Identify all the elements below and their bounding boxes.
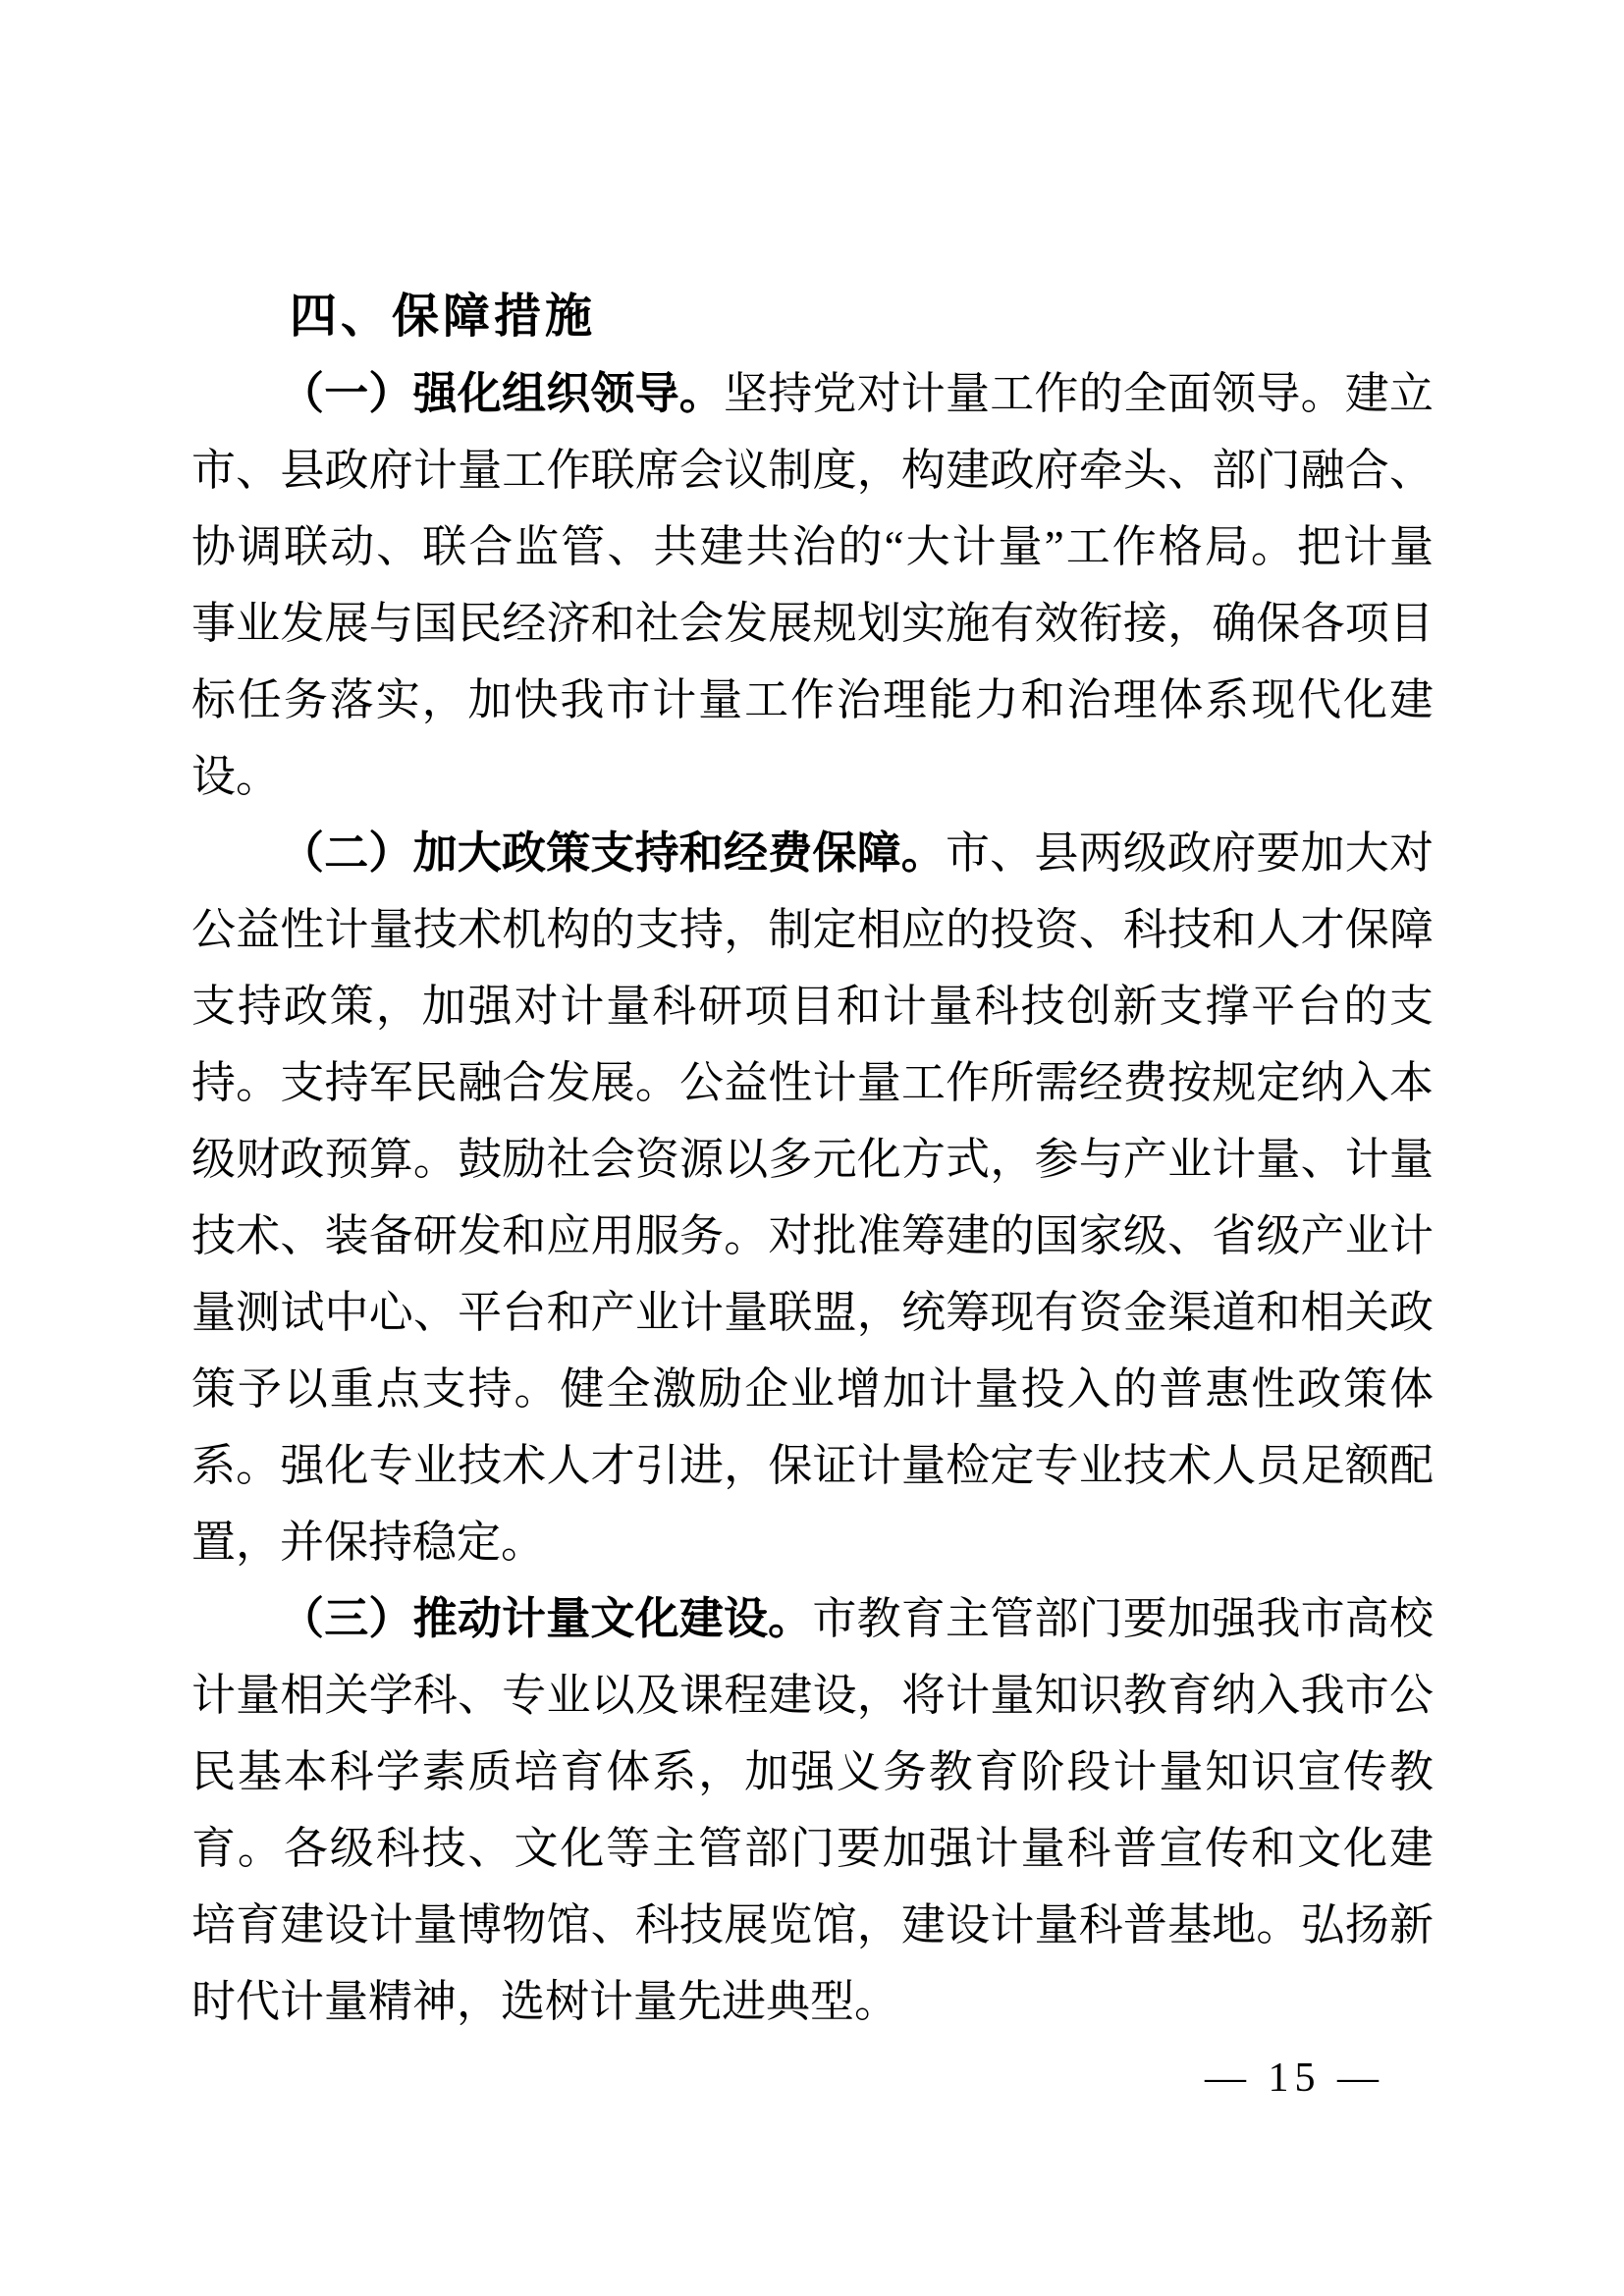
document-page: 四、保障措施 （一）强化组织领导。坚持党对计量工作的全面领导。建立 市、县政府计…	[0, 0, 1624, 2296]
text-line: 策予以重点支持。健全激励企业增加计量投入的普惠性政策体	[191, 1351, 1434, 1427]
text-line: 标任务落实，加快我市计量工作治理能力和治理体系现代化建	[191, 662, 1434, 738]
text-line: 支持政策，加强对计量科研项目和计量科技创新支撑平台的支	[191, 968, 1434, 1044]
line-text: 时代计量精神，选树计量先进典型。	[191, 1977, 898, 2026]
line-text: 策予以重点支持。健全激励企业增加计量投入的普惠性政策体	[191, 1364, 1434, 1414]
line-text: 市、县两级政府要加大对	[946, 828, 1434, 878]
text-line: 置，并保持稳定。	[191, 1504, 1434, 1580]
text-line: 系。强化专业技术人才引进，保证计量检定专业技术人员足额配	[191, 1427, 1434, 1504]
text-line: 量测试中心、平台和产业计量联盟，统筹现有资金渠道和相关政	[191, 1274, 1434, 1351]
text-line: 设。	[191, 738, 1434, 815]
page-number: — 15 —	[191, 2040, 1434, 2116]
line-text: 培育建设计量博物馆、科技展览馆，建设计量科普基地。弘扬新	[191, 1900, 1434, 1949]
line-text: 公益性计量技术机构的支持，制定相应的投资、科技和人才保障	[191, 905, 1434, 954]
line-text: 持。支持军民融合发展。公益性计量工作所需经费按规定纳入本	[191, 1058, 1434, 1107]
line-text: 事业发展与国民经济和社会发展规划实施有效衔接，确保各项目	[191, 599, 1434, 648]
text-line: 技术、装备研发和应用服务。对批准筹建的国家级、省级产业计	[191, 1198, 1434, 1274]
line-text: 系。强化专业技术人才引进，保证计量检定专业技术人员足额配	[191, 1441, 1434, 1490]
line-text: 标任务落实，加快我市计量工作治理能力和治理体系现代化建	[191, 675, 1434, 724]
line-text: 技术、装备研发和应用服务。对批准筹建的国家级、省级产业计	[191, 1211, 1434, 1260]
text-line: （一）强化组织领导。坚持党对计量工作的全面领导。建立	[191, 355, 1434, 432]
paragraph-lead: （二）加大政策支持和经费保障。	[280, 828, 946, 878]
line-text: 协调联动、联合监管、共建共治的“大计量”工作格局。把计量	[191, 522, 1434, 571]
line-text: 支持政策，加强对计量科研项目和计量科技创新支撑平台的支	[191, 982, 1434, 1031]
section-heading: 四、保障措施	[191, 279, 1434, 355]
text-line: 时代计量精神，选树计量先进典型。	[191, 1963, 1434, 2040]
paragraph-lead: （三）推动计量文化建设。	[280, 1594, 812, 1643]
text-line: 培育建设计量博物馆、科技展览馆，建设计量科普基地。弘扬新	[191, 1887, 1434, 1963]
text-line: 协调联动、联合监管、共建共治的“大计量”工作格局。把计量	[191, 508, 1434, 585]
line-text: 坚持党对计量工作的全面领导。建立	[724, 369, 1434, 418]
line-text: 市、县政府计量工作联席会议制度，构建政府牵头、部门融合、	[191, 446, 1434, 495]
text-line: 育。各级科技、文化等主管部门要加强计量科普宣传和文化建设，	[191, 1810, 1434, 1887]
line-text: 市教育主管部门要加强我市高校	[812, 1594, 1434, 1643]
content-area: 四、保障措施 （一）强化组织领导。坚持党对计量工作的全面领导。建立 市、县政府计…	[191, 279, 1434, 2040]
line-text: 育。各级科技、文化等主管部门要加强计量科普宣传和文化建设，	[191, 1824, 1434, 1887]
text-line: 持。支持军民融合发展。公益性计量工作所需经费按规定纳入本	[191, 1044, 1434, 1121]
line-text: 量测试中心、平台和产业计量联盟，统筹现有资金渠道和相关政	[191, 1288, 1434, 1337]
line-text: 计量相关学科、专业以及课程建设，将计量知识教育纳入我市公	[191, 1671, 1434, 1720]
text-line: （二）加大政策支持和经费保障。市、县两级政府要加大对	[191, 815, 1434, 891]
text-line: 公益性计量技术机构的支持，制定相应的投资、科技和人才保障	[191, 891, 1434, 968]
line-text: 级财政预算。鼓励社会资源以多元化方式，参与产业计量、计量	[191, 1135, 1434, 1184]
line-text: 设。	[191, 752, 280, 801]
text-line: （三）推动计量文化建设。市教育主管部门要加强我市高校	[191, 1580, 1434, 1657]
text-line: 民基本科学素质培育体系，加强义务教育阶段计量知识宣传教	[191, 1734, 1434, 1810]
text-line: 级财政预算。鼓励社会资源以多元化方式，参与产业计量、计量	[191, 1121, 1434, 1198]
text-line: 市、县政府计量工作联席会议制度，构建政府牵头、部门融合、	[191, 432, 1434, 508]
text-line: 事业发展与国民经济和社会发展规划实施有效衔接，确保各项目	[191, 585, 1434, 662]
line-text: 民基本科学素质培育体系，加强义务教育阶段计量知识宣传教	[191, 1747, 1434, 1796]
line-text: 置，并保持稳定。	[191, 1518, 545, 1567]
text-line: 计量相关学科、专业以及课程建设，将计量知识教育纳入我市公	[191, 1657, 1434, 1734]
paragraph-lead: （一）强化组织领导。	[280, 369, 724, 418]
